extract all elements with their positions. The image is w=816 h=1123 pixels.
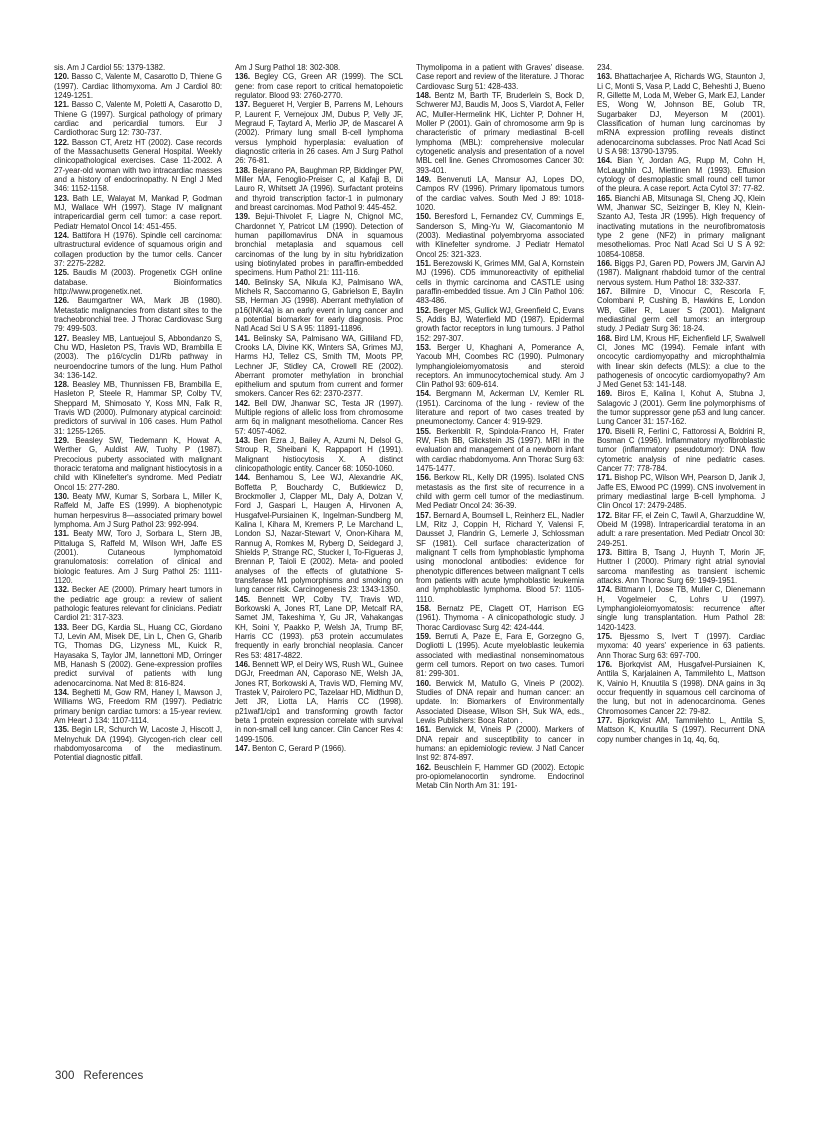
reference-number: 149.	[416, 175, 431, 184]
reference-item: 122. Basson CT, Aretz HT (2002). Case re…	[54, 138, 222, 194]
reference-number: 177.	[597, 716, 612, 725]
reference-number: 170.	[597, 427, 612, 436]
reference-item: 149. Benvenuti LA, Mansur AJ, Lopes DO, …	[416, 175, 584, 212]
reference-column-4: 234.163. Bhattacharjee A, Richards WG, S…	[597, 63, 765, 791]
reference-item: 151. Berezowski K, Grimes MM, Gal A, Kor…	[416, 259, 584, 306]
reference-number: 135.	[54, 725, 69, 734]
reference-number: 153.	[416, 343, 431, 352]
reference-number: 128.	[54, 380, 69, 389]
reference-number: 126.	[54, 296, 69, 305]
reference-number: 138.	[235, 166, 250, 175]
reference-item: 163. Bhattacharjee A, Richards WG, Staun…	[597, 72, 765, 156]
reference-number: 148.	[416, 91, 431, 100]
reference-number: 162.	[416, 763, 431, 772]
reference-columns: sis. Am J Cardiol 55: 1379-1382.120. Bas…	[54, 63, 765, 791]
reference-number: 140.	[235, 278, 250, 287]
reference-item: 147. Benton C, Gerard P (1966).	[235, 744, 403, 753]
reference-item: 124. Battifora H (1976). Spindle cell ca…	[54, 231, 222, 268]
reference-column-1: sis. Am J Cardiol 55: 1379-1382.120. Bas…	[54, 63, 222, 791]
reference-item: 156. Berkow RL, Kelly DR (1995). Isolate…	[416, 473, 584, 510]
reference-number: 160.	[416, 679, 431, 688]
reference-item: 142. Bell DW, Jhanwar SC, Testa JR (1997…	[235, 399, 403, 436]
reference-number: 133.	[54, 623, 69, 632]
reference-number: 150.	[416, 212, 431, 221]
reference-number: 137.	[235, 100, 250, 109]
reference-item: 167. Billmire D, Vinocur C, Rescorla F, …	[597, 287, 765, 334]
reference-number: 171.	[597, 473, 612, 482]
reference-item: 143. Ben Ezra J, Bailey A, Azumi N, Dels…	[235, 436, 403, 473]
reference-item: 234.	[597, 63, 765, 72]
reference-number: 142.	[235, 399, 250, 408]
reference-number: 172.	[597, 511, 612, 520]
reference-item: 154. Bergmann M, Ackerman LV, Kemler RL …	[416, 389, 584, 426]
reference-item: 171. Bishop PC, Wilson WH, Pearson D, Ja…	[597, 473, 765, 510]
reference-item: 146. Bennett WP, el Deiry WS, Rush WL, G…	[235, 660, 403, 744]
reference-number: 151.	[416, 259, 431, 268]
reference-item: 168. Bird LM, Krous HF, Eichenfield LF, …	[597, 334, 765, 390]
reference-item: sis. Am J Cardiol 55: 1379-1382.	[54, 63, 222, 72]
reference-item: 148. Bentz M, Barth TF, Bruderlein S, Bo…	[416, 91, 584, 175]
reference-item: Thymolipoma in a patient with Graves' di…	[416, 63, 584, 91]
reference-number: 167.	[597, 287, 612, 296]
reference-number: 156.	[416, 473, 431, 482]
reference-item: 177. Bjorkqvist AM, Tammilehto L, Anttil…	[597, 716, 765, 744]
reference-item: 128. Beasley MB, Thunnissen FB, Brambill…	[54, 380, 222, 436]
reference-number: 125.	[54, 268, 69, 277]
reference-item: 169. Biros E, Kalina I, Kohut A, Stubna …	[597, 389, 765, 426]
reference-number: 158.	[416, 604, 431, 613]
reference-number: 157.	[416, 511, 431, 520]
references-page: sis. Am J Cardiol 55: 1379-1382.120. Bas…	[0, 0, 816, 1123]
reference-item: 144. Benhamou S, Lee WJ, Alexandrie AK, …	[235, 473, 403, 594]
reference-item: 138. Bejarano PA, Baughman RP, Biddinger…	[235, 166, 403, 213]
reference-item: 140. Belinsky SA, Nikula KJ, Palmisano W…	[235, 278, 403, 334]
reference-number: 155.	[416, 427, 431, 436]
reference-item: 158. Bernatz PE, Clagett OT, Harrison EG…	[416, 604, 584, 632]
reference-item: Am J Surg Pathol 18: 302-308.	[235, 63, 403, 72]
reference-item: 134. Beghetti M, Gow RM, Haney I, Mawson…	[54, 688, 222, 725]
reference-number: 165.	[597, 194, 612, 203]
reference-item: 165. Bianchi AB, Mitsunaga SI, Cheng JQ,…	[597, 194, 765, 259]
reference-item: 133. Beer DG, Kardia SL, Huang CC, Giord…	[54, 623, 222, 688]
reference-item: 137. Begueret H, Vergier B, Parrens M, L…	[235, 100, 403, 165]
reference-item: 153. Berger U, Khaghani A, Pomerance A, …	[416, 343, 584, 390]
reference-number: 123.	[54, 194, 69, 203]
reference-item: 125. Baudis M (2003). Progenetix CGH onl…	[54, 268, 222, 296]
reference-number: 146.	[235, 660, 250, 669]
reference-item: 131. Beaty MW, Toro J, Sorbara L, Stern …	[54, 529, 222, 585]
reference-item: 145. Bennett WP, Colby TV, Travis WD, Bo…	[235, 595, 403, 660]
reference-column-2: Am J Surg Pathol 18: 302-308.136. Begley…	[235, 63, 403, 791]
reference-number: 169.	[597, 389, 612, 398]
reference-number: 161.	[416, 725, 431, 734]
reference-item: 176. Bjorkqvist AM, Husgafvel-Pursiainen…	[597, 660, 765, 716]
reference-item: 129. Beasley SW, Tiedemann K, Howat A, W…	[54, 436, 222, 492]
reference-item: 152. Berger MS, Gullick WJ, Greenfield C…	[416, 306, 584, 343]
reference-item: 130. Beaty MW, Kumar S, Sorbara L, Mille…	[54, 492, 222, 529]
reference-item: 157. Bernard A, Boumsell L, Reinherz EL,…	[416, 511, 584, 604]
reference-number: 145.	[235, 595, 250, 604]
reference-number: 139.	[235, 212, 250, 221]
reference-item: 172. Bitar FF, el Zein C, Tawil A, Gharz…	[597, 511, 765, 548]
reference-number: 129.	[54, 436, 69, 445]
reference-item: 150. Beresford L, Fernandez CV, Cummings…	[416, 212, 584, 259]
reference-number: 164.	[597, 156, 612, 165]
reference-item: 123. Bath LE, Walayat M, Mankad P, Godma…	[54, 194, 222, 231]
reference-number: 124.	[54, 231, 69, 240]
reference-number: 173.	[597, 548, 612, 557]
reference-number: 159.	[416, 632, 431, 641]
reference-item: 175. Bjessmo S, Ivert T (1997). Cardiac …	[597, 632, 765, 660]
reference-item: 127. Beasley MB, Lantuejoul S, Abbondanz…	[54, 334, 222, 381]
reference-number: 144.	[235, 473, 250, 482]
reference-item: 135. Begin LR, Schurch W, Lacoste J, His…	[54, 725, 222, 762]
reference-item: 162. Beuschlein F, Hammer GD (2002). Ect…	[416, 763, 584, 791]
reference-item: 121. Basso C, Valente M, Poletti A, Casa…	[54, 100, 222, 137]
reference-item: 164. Bian Y, Jordan AG, Rupp M, Cohn H, …	[597, 156, 765, 193]
reference-number: 176.	[597, 660, 612, 669]
reference-number: 175.	[597, 632, 612, 641]
reference-number: 141.	[235, 334, 250, 343]
reference-item: 136. Begley CG, Green AR (1999). The SCL…	[235, 72, 403, 100]
reference-number: 134.	[54, 688, 69, 697]
reference-number: 136.	[235, 72, 250, 81]
reference-item: 170. Biselli R, Ferlini C, Fattorossi A,…	[597, 427, 765, 474]
reference-number: 168.	[597, 334, 612, 343]
reference-item: 139. Bejui-Thivolet F, Liagre N, Chignol…	[235, 212, 403, 277]
reference-number: 132.	[54, 585, 69, 594]
reference-number: 122.	[54, 138, 69, 147]
reference-number: 163.	[597, 72, 612, 81]
reference-number: 130.	[54, 492, 69, 501]
reference-item: 160. Berwick M, Matullo G, Vineis P (200…	[416, 679, 584, 726]
footer-section-label: References	[84, 1070, 144, 1082]
reference-item: 173. Bittira B, Tsang J, Huynh T, Morin …	[597, 548, 765, 585]
reference-column-3: Thymolipoma in a patient with Graves' di…	[416, 63, 584, 791]
reference-number: 120.	[54, 72, 69, 81]
reference-number: 127.	[54, 334, 69, 343]
reference-number: 147.	[235, 744, 250, 753]
reference-item: 141. Belinsky SA, Palmisano WA, Gillilan…	[235, 334, 403, 399]
reference-item: 161. Berwick M, Vineis P (2000). Markers…	[416, 725, 584, 762]
reference-number: 143.	[235, 436, 250, 445]
page-number: 300	[55, 1070, 75, 1082]
reference-number: 152.	[416, 306, 431, 315]
reference-number: 131.	[54, 529, 69, 538]
reference-item: 126. Baumgartner WA, Mark JB (1980). Met…	[54, 296, 222, 333]
reference-item: 120. Basso C, Valente M, Casarotto D, Th…	[54, 72, 222, 100]
reference-item: 166. Biggs PJ, Garen PD, Powers JM, Garv…	[597, 259, 765, 287]
reference-item: 159. Berruti A, Paze E, Fara E, Gorzegno…	[416, 632, 584, 679]
reference-number: 166.	[597, 259, 612, 268]
reference-number: 174.	[597, 585, 612, 594]
reference-number: 121.	[54, 100, 69, 109]
reference-item: 155. Berkenblit R, Spindola-Franco H, Fr…	[416, 427, 584, 474]
reference-item: 174. Bittmann I, Dose TB, Muller C, Dien…	[597, 585, 765, 632]
page-footer: 300References	[55, 1070, 143, 1082]
reference-number: 154.	[416, 389, 431, 398]
reference-item: 132. Becker AE (2000). Primary heart tum…	[54, 585, 222, 622]
